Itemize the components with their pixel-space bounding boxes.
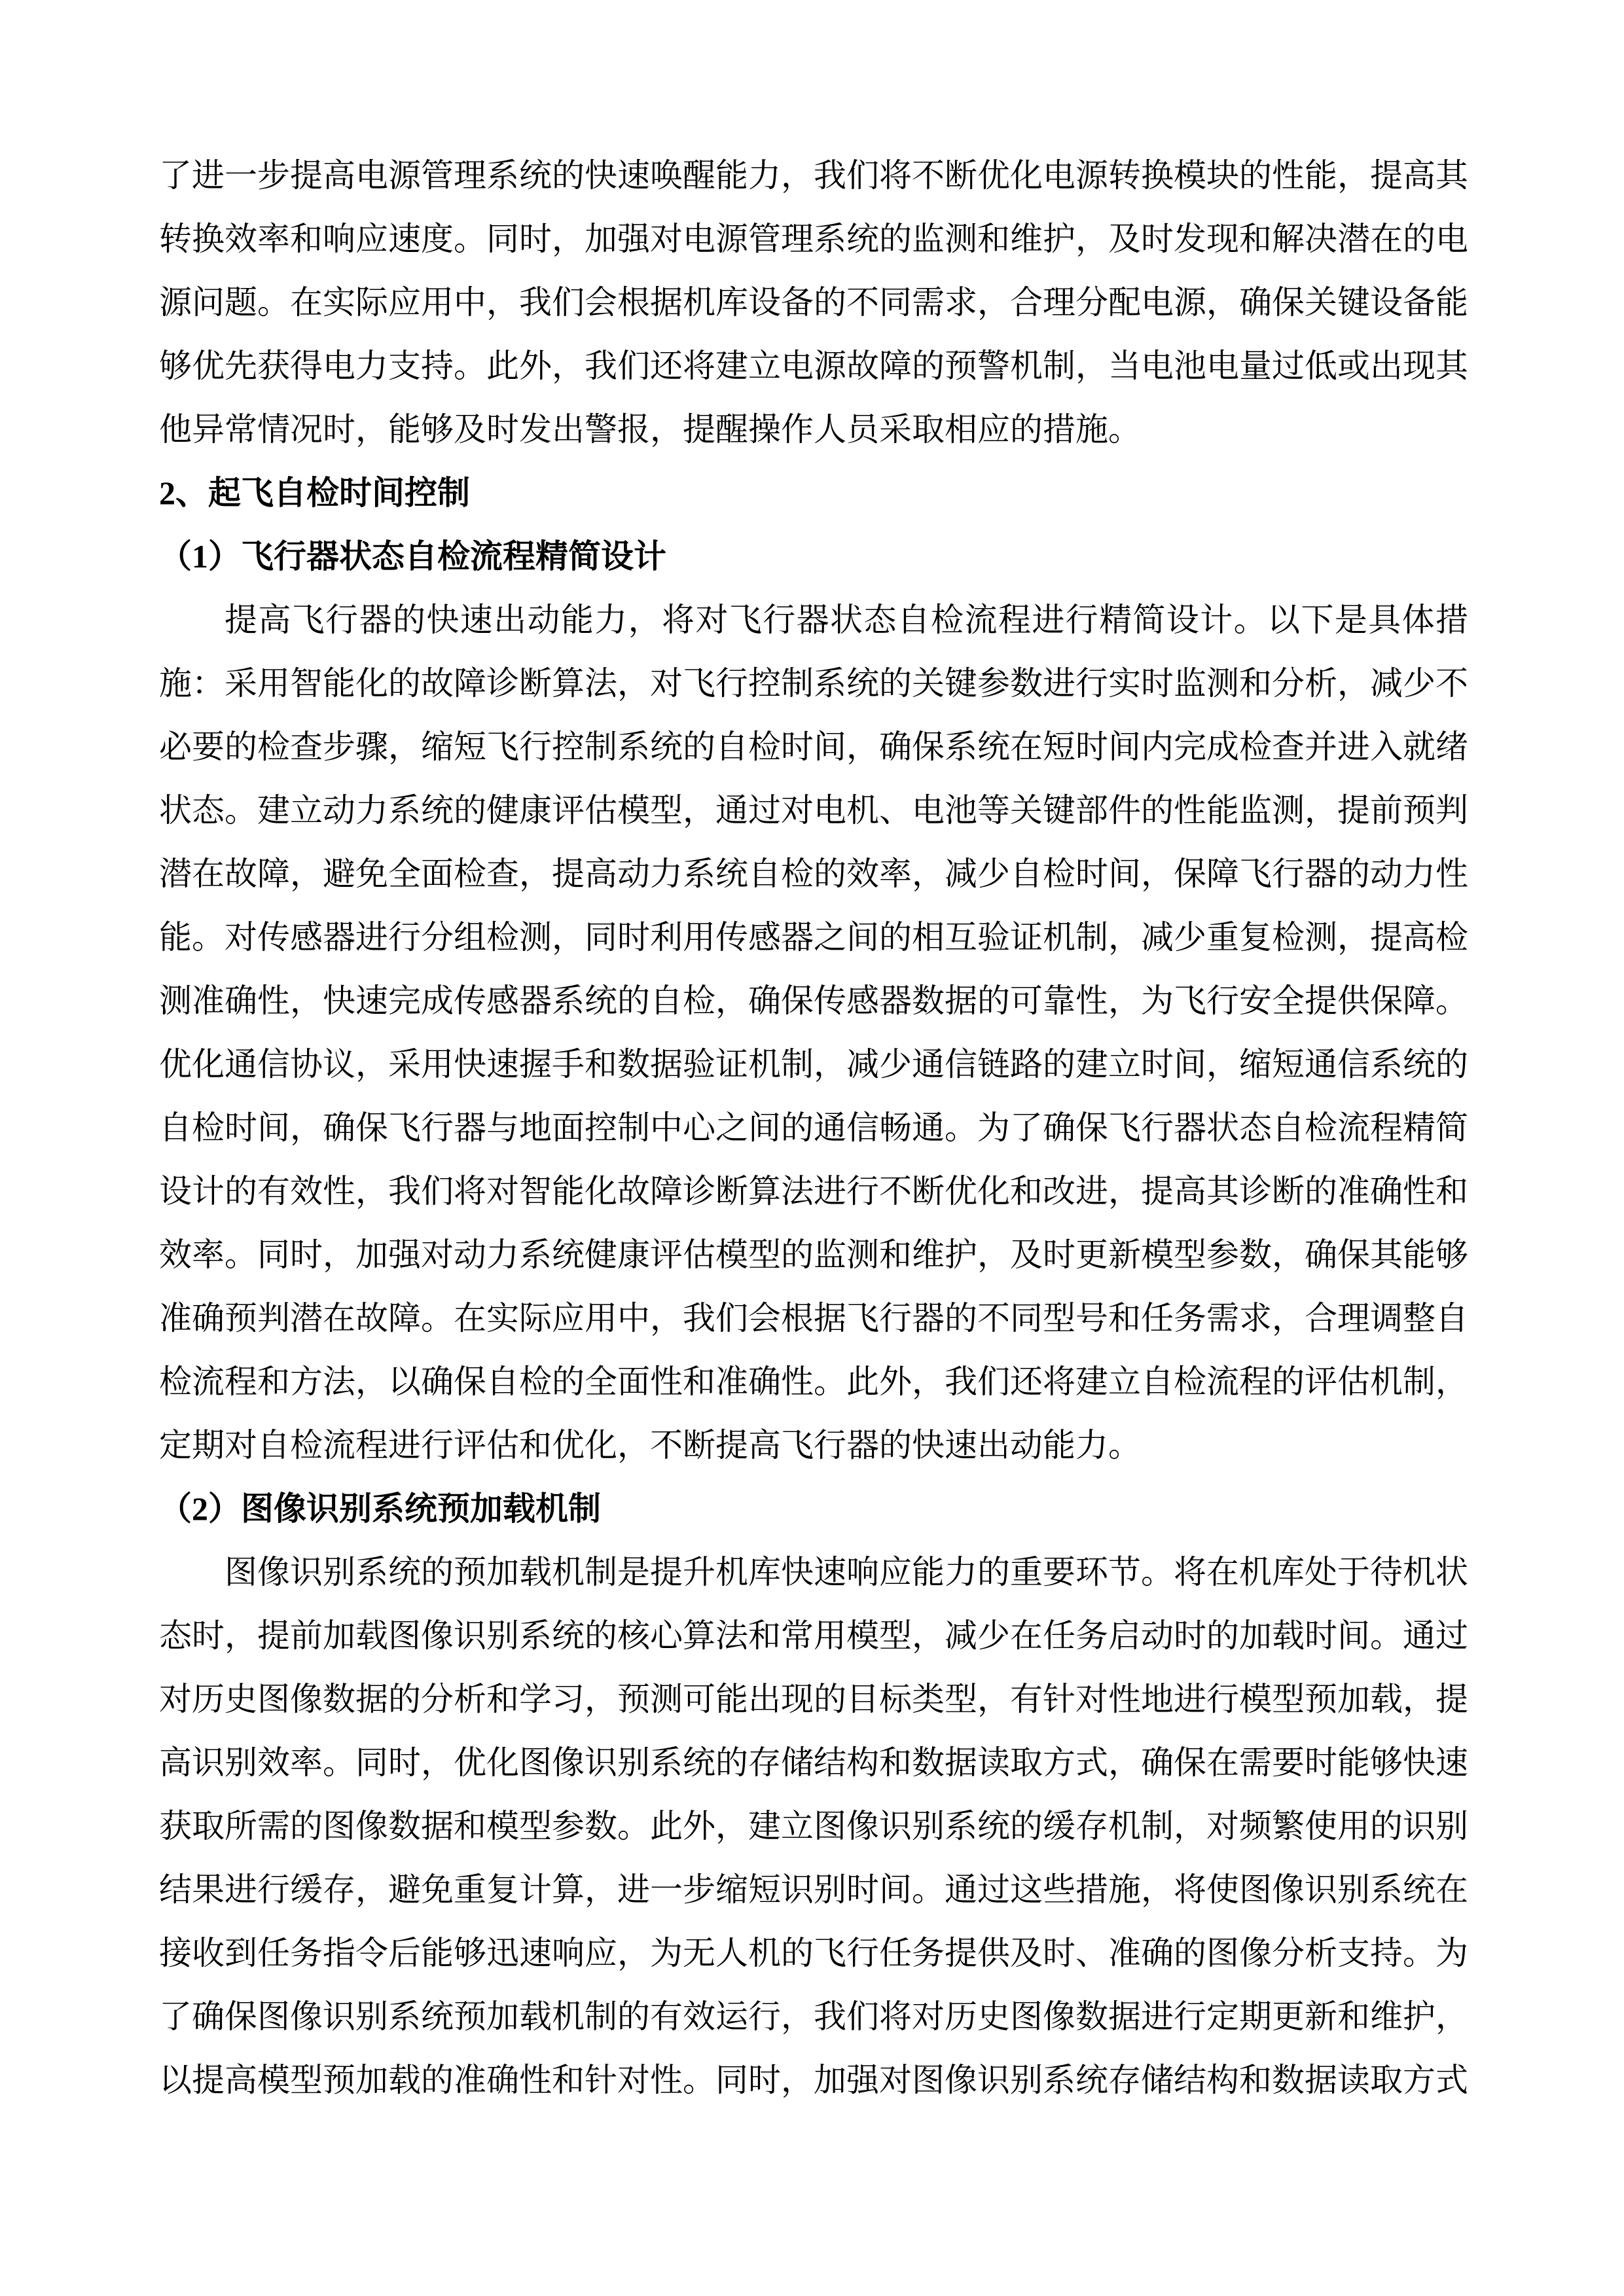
text-line: 图像识别系统的预加载机制是提升机库快速响应能力的重要环节。将在机库处于待机状 [159, 1541, 1468, 1604]
text-line: 能。对传感器进行分组检测，同时利用传感器之间的相互验证机制，减少重复检测，提高检 [159, 906, 1468, 969]
text-line: 对历史图像数据的分析和学习，预测可能出现的目标类型，有针对性地进行模型预加载，提 [159, 1668, 1468, 1731]
text-line: 源问题。在实际应用中，我们会根据机库设备的不同需求，合理分配电源，确保关键设备能 [159, 271, 1468, 334]
document-page: 了进一步提高电源管理系统的快速唤醒能力，我们将不断优化电源转换模块的性能，提高其… [0, 0, 1624, 2296]
text-line: 结果进行缓存，避免重复计算，进一步缩短识别时间。通过这些措施，将使图像识别系统在 [159, 1858, 1468, 1922]
text-line: 定期对自检流程进行评估和优化，不断提高飞行器的快速出动能力。 [159, 1414, 1468, 1477]
text-line: 潜在故障，避免全面检查，提高动力系统自检的效率，减少自检时间，保障飞行器的动力性 [159, 842, 1468, 906]
section-heading: 2、起飞自检时间控制 [159, 461, 1468, 525]
subsection-heading: （1）飞行器状态自检流程精简设计 [159, 525, 1468, 588]
text-line: 准确预判潜在故障。在实际应用中，我们会根据飞行器的不同型号和任务需求，合理调整自 [159, 1287, 1468, 1350]
text-line: 设计的有效性，我们将对智能化故障诊断算法进行不断优化和改进，提高其诊断的准确性和 [159, 1160, 1468, 1223]
document-text-block: 了进一步提高电源管理系统的快速唤醒能力，我们将不断优化电源转换模块的性能，提高其… [159, 144, 1468, 2112]
text-line: 提高飞行器的快速出动能力，将对飞行器状态自检流程进行精简设计。以下是具体措 [159, 588, 1468, 652]
text-line: 优化通信协议，采用快速握手和数据验证机制，减少通信链路的建立时间，缩短通信系统的 [159, 1033, 1468, 1096]
text-line: 自检时间，确保飞行器与地面控制中心之间的通信畅通。为了确保飞行器状态自检流程精简 [159, 1096, 1468, 1160]
text-line: 获取所需的图像数据和模型参数。此外，建立图像识别系统的缓存机制，对频繁使用的识别 [159, 1795, 1468, 1858]
text-line: 高识别效率。同时，优化图像识别系统的存储结构和数据读取方式，确保在需要时能够快速 [159, 1731, 1468, 1795]
text-line: 施：采用智能化的故障诊断算法，对飞行控制系统的关键参数进行实时监测和分析，减少不 [159, 652, 1468, 715]
text-line: 了确保图像识别系统预加载机制的有效运行，我们将对历史图像数据进行定期更新和维护， [159, 1985, 1468, 2049]
text-line: 效率。同时，加强对动力系统健康评估模型的监测和维护，及时更新模型参数，确保其能够 [159, 1223, 1468, 1287]
text-line: 必要的检查步骤，缩短飞行控制系统的自检时间，确保系统在短时间内完成检查并进入就绪 [159, 715, 1468, 779]
text-line: 他异常情况时，能够及时发出警报，提醒操作人员采取相应的措施。 [159, 398, 1468, 461]
text-line: 状态。建立动力系统的健康评估模型，通过对电机、电池等关键部件的性能监测，提前预判 [159, 779, 1468, 842]
subsection-heading: （2）图像识别系统预加载机制 [159, 1477, 1468, 1541]
text-line: 态时，提前加载图像识别系统的核心算法和常用模型，减少在任务启动时的加载时间。通过 [159, 1604, 1468, 1668]
text-line: 以提高模型预加载的准确性和针对性。同时，加强对图像识别系统存储结构和数据读取方式 [159, 2049, 1468, 2112]
text-line: 了进一步提高电源管理系统的快速唤醒能力，我们将不断优化电源转换模块的性能，提高其 [159, 144, 1468, 207]
text-line: 检流程和方法，以确保自检的全面性和准确性。此外，我们还将建立自检流程的评估机制， [159, 1350, 1468, 1414]
text-line: 够优先获得电力支持。此外，我们还将建立电源故障的预警机制，当电池电量过低或出现其 [159, 334, 1468, 398]
text-line: 接收到任务指令后能够迅速响应，为无人机的飞行任务提供及时、准确的图像分析支持。为 [159, 1922, 1468, 1985]
text-line: 转换效率和响应速度。同时，加强对电源管理系统的监测和维护，及时发现和解决潜在的电 [159, 207, 1468, 271]
text-line: 测准确性，快速完成传感器系统的自检，确保传感器数据的可靠性，为飞行安全提供保障。 [159, 969, 1468, 1033]
